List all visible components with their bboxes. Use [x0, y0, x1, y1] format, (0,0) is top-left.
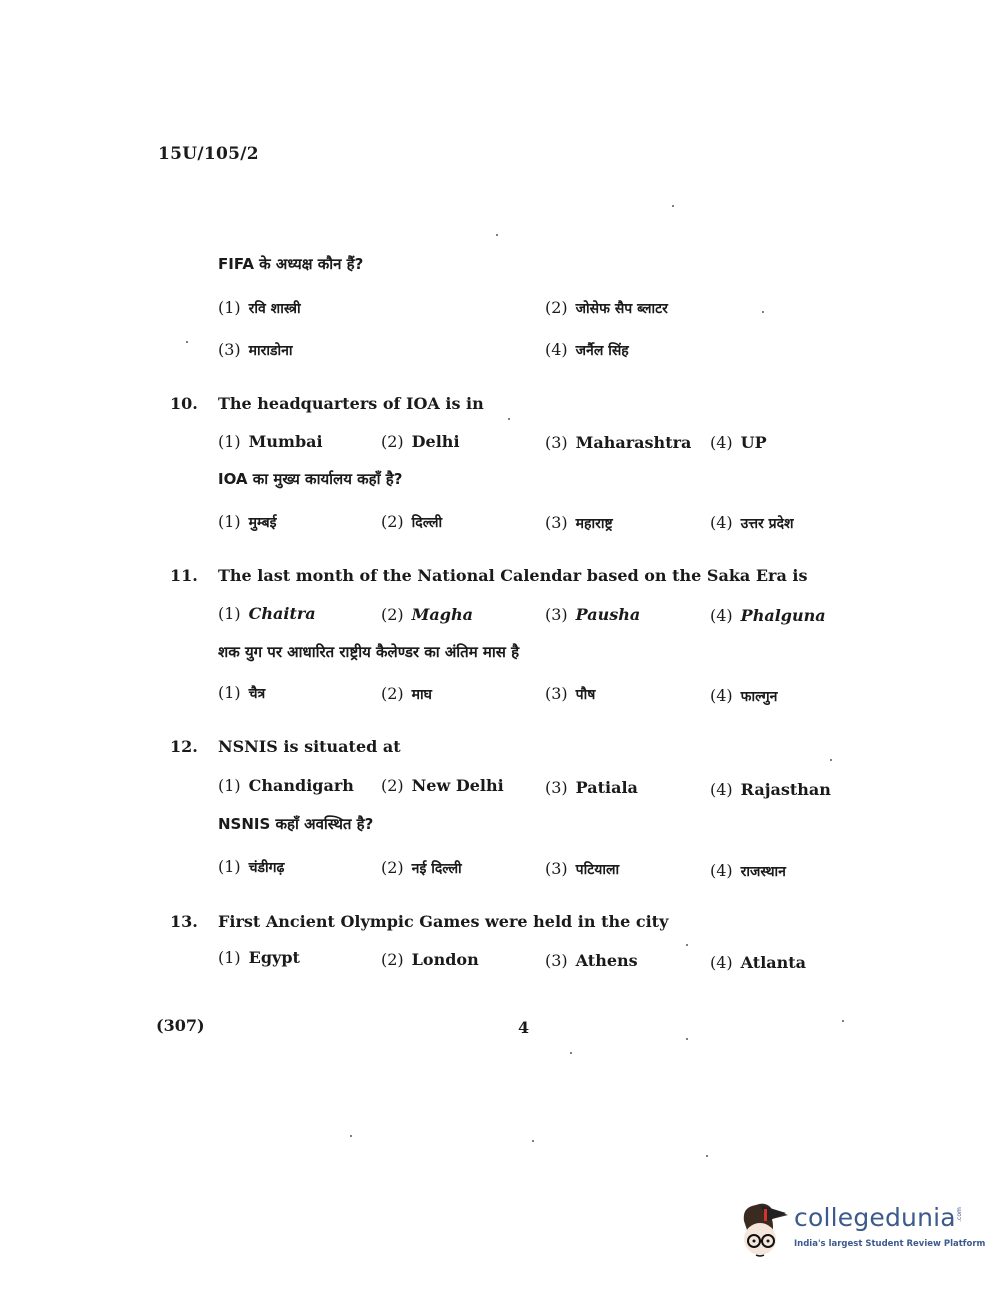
question-10-option-2-hindi: (2)दिल्ली — [381, 512, 442, 532]
question-12-option-2: (2)New Delhi — [381, 776, 504, 795]
question-10-option-1: (1)Mumbai — [218, 432, 323, 451]
question-11-option-1: (1)Chaitra — [218, 604, 316, 623]
question-13-text: First Ancient Olympic Games were held in… — [218, 912, 668, 931]
question-13-option-1: (1)Egypt — [218, 948, 300, 967]
question-12-text-hindi: NSNIS कहाँ अवस्थित है? — [218, 814, 373, 834]
question-11-option-4-hindi: (4)फाल्गुन — [710, 686, 777, 706]
question-10-option-3-hindi: (3)महाराष्ट्र — [545, 513, 613, 533]
question-11-text-hindi: शक युग पर आधारित राष्ट्रीय कैलेण्डर का अ… — [218, 642, 519, 662]
question-11-text: The last month of the National Calendar … — [218, 566, 808, 585]
question-12-option-1-hindi: (1)चंडीगढ़ — [218, 857, 284, 877]
mascot-icon — [738, 1199, 790, 1261]
question-10-option-4-hindi: (4)उत्तर प्रदेश — [710, 513, 794, 533]
page-number: 4 — [518, 1018, 529, 1037]
paper-code: 15U/105/2 — [158, 144, 259, 164]
question-9-text-hindi: FIFA के अध्यक्ष कौन हैं? — [218, 254, 363, 274]
question-11-option-2: (2)Magha — [381, 605, 473, 624]
question-10-number: 10. — [170, 394, 198, 413]
question-10-option-1-hindi: (1)मुम्बई — [218, 512, 276, 532]
question-12-option-3: (3)Patiala — [545, 778, 638, 797]
question-13-option-4: (4)Atlanta — [710, 953, 806, 972]
question-11-option-4: (4)Phalguna — [710, 606, 826, 625]
question-9-option-4-hindi: (4)जर्नैल सिंह — [545, 340, 629, 360]
question-12-option-1: (1)Chandigarh — [218, 776, 354, 795]
question-12-text: NSNIS is situated at — [218, 737, 401, 756]
question-9-option-1-hindi: (1)रवि शास्त्री — [218, 298, 301, 318]
question-12-option-3-hindi: (3)पटियाला — [545, 859, 619, 879]
question-11-number: 11. — [170, 566, 198, 585]
question-9-option-3-hindi: (3)माराडोना — [218, 340, 293, 360]
brand-domain-suffix: .com — [956, 1207, 963, 1222]
question-12-option-2-hindi: (2)नई दिल्ली — [381, 858, 462, 878]
question-11-option-3-hindi: (3)पौष — [545, 684, 595, 704]
question-13-option-3: (3)Athens — [545, 951, 638, 970]
question-13-number: 13. — [170, 912, 198, 931]
question-11-option-3: (3)Pausha — [545, 605, 640, 624]
question-10-option-3: (3)Maharashtra — [545, 433, 691, 452]
footer-code: (307) — [156, 1016, 205, 1035]
question-10-text: The headquarters of IOA is in — [218, 394, 484, 413]
question-10-text-hindi: IOA का मुख्य कार्यालय कहाँ है? — [218, 469, 402, 489]
question-10-option-2: (2)Delhi — [381, 432, 460, 451]
brand-name: collegedunia — [794, 1203, 956, 1232]
question-12-option-4-hindi: (4)राजस्थान — [710, 861, 786, 881]
question-9-option-2-hindi: (2)जोसेफ सैप ब्लाटर — [545, 298, 668, 318]
question-13-option-2: (2)London — [381, 950, 479, 969]
question-11-option-1-hindi: (1)चैत्र — [218, 683, 265, 703]
question-11-option-2-hindi: (2)माघ — [381, 684, 432, 704]
collegedunia-logo: collegedunia .com India's largest Studen… — [730, 1195, 970, 1265]
brand-tagline: India's largest Student Review Platform — [794, 1239, 985, 1249]
question-10-option-4: (4)UP — [710, 433, 767, 452]
question-12-option-4: (4)Rajasthan — [710, 780, 831, 799]
question-12-number: 12. — [170, 737, 198, 756]
